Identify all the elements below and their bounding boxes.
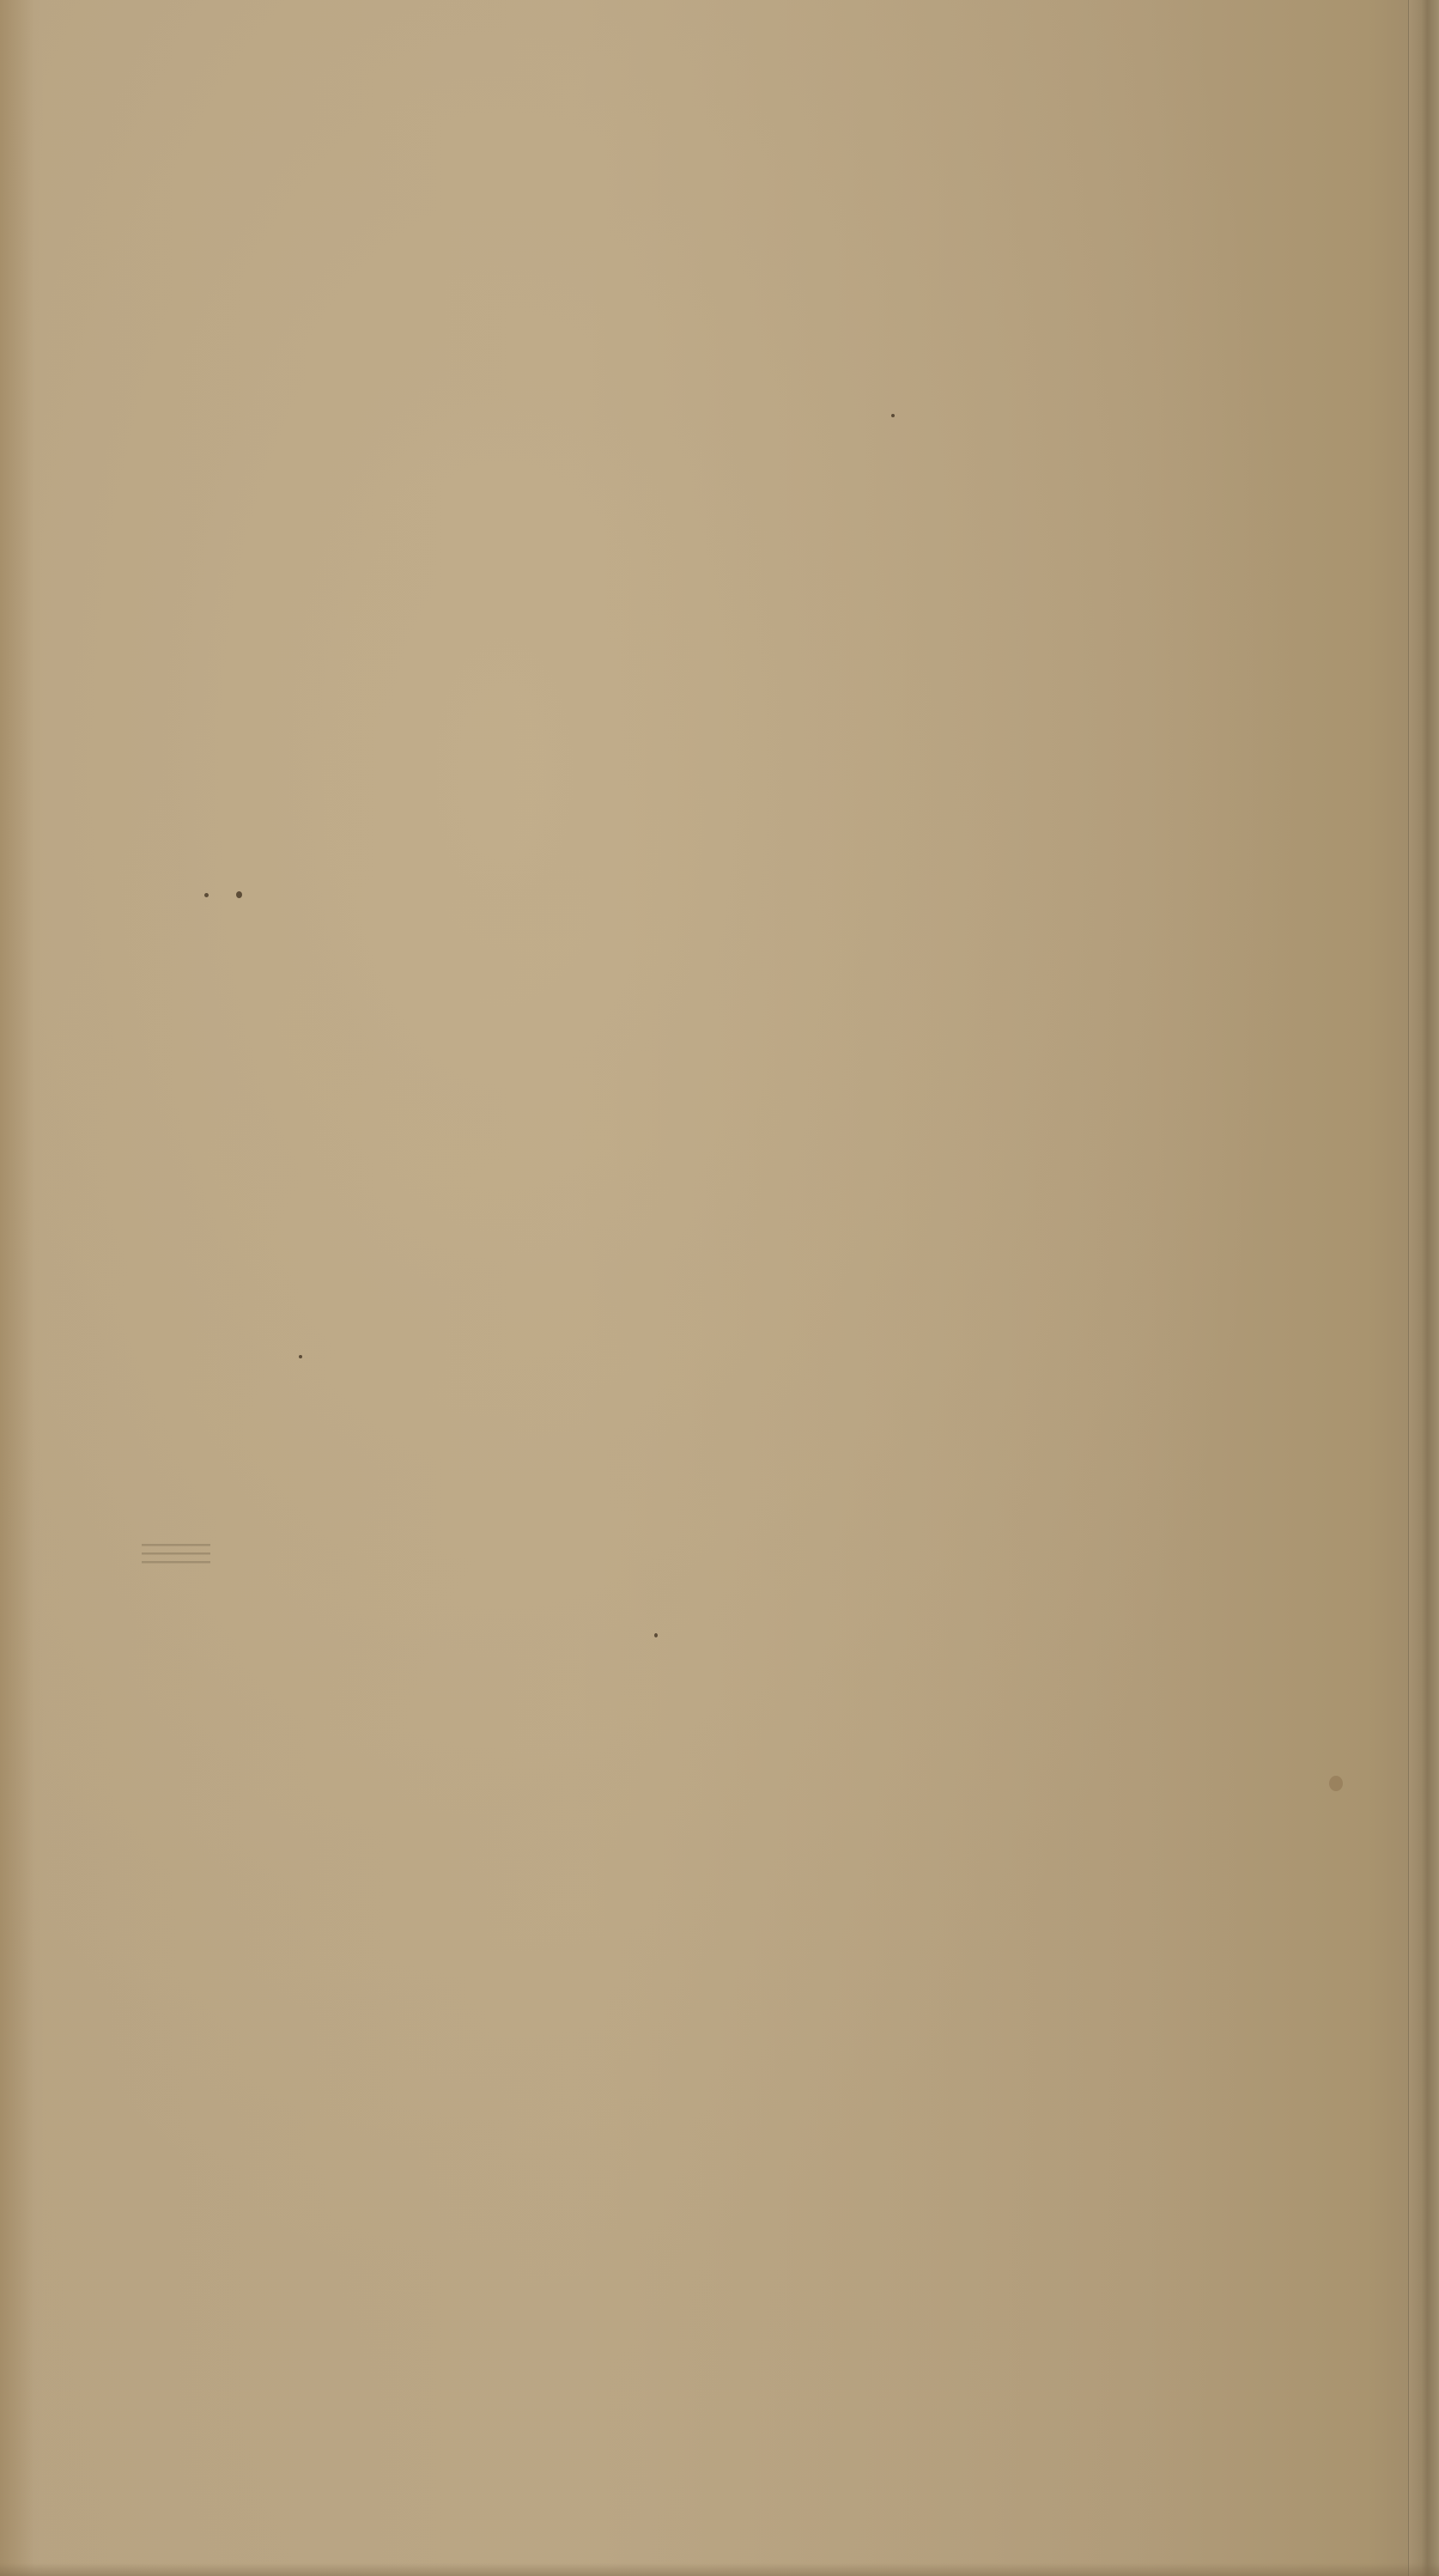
paper-speck bbox=[654, 1633, 658, 1637]
faint-marks bbox=[142, 1537, 210, 1571]
paper-speck bbox=[299, 1355, 302, 1358]
paper-speck bbox=[891, 414, 895, 417]
blank-page bbox=[0, 0, 1439, 2576]
binding-edge bbox=[1408, 0, 1439, 2576]
page-left-shadow bbox=[0, 0, 34, 2576]
paper-speck bbox=[204, 893, 209, 897]
paper-stain bbox=[1329, 1776, 1343, 1791]
paper-speck bbox=[236, 891, 242, 898]
page-bottom-edge bbox=[0, 2563, 1439, 2576]
